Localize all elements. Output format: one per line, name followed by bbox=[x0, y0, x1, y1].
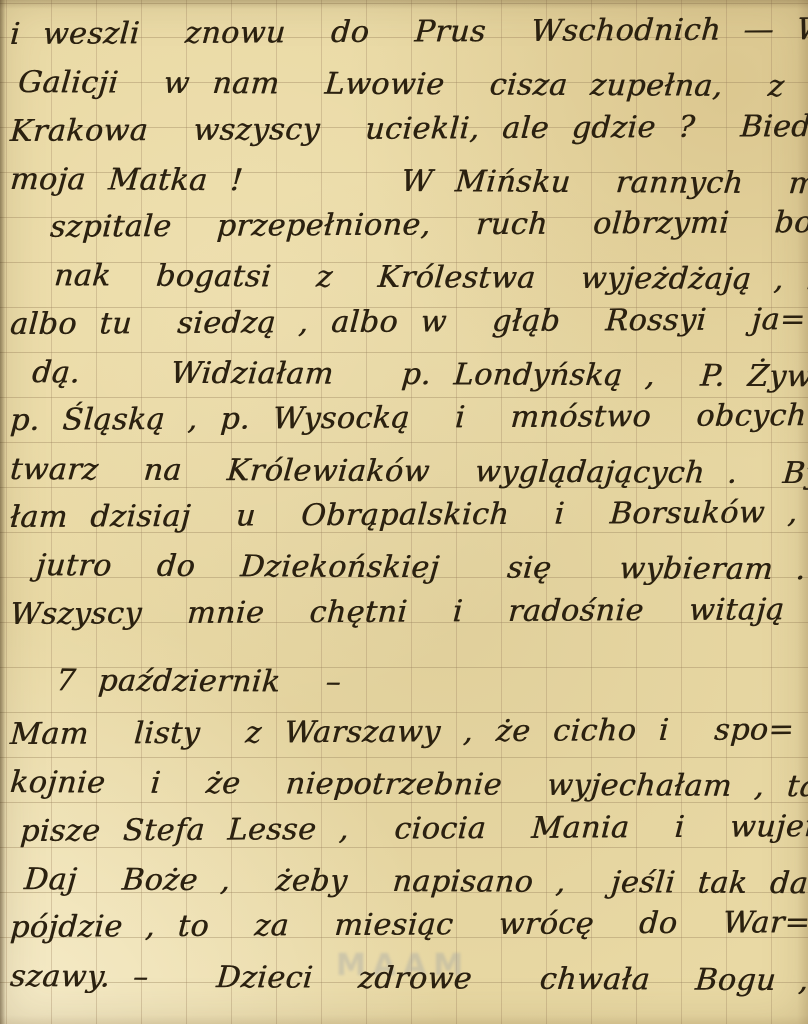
manuscript-page: MAAM i weszli znowu do Prus Wschodnich —… bbox=[0, 0, 808, 1024]
manuscript-line: p. Śląską , p. Wysocką i mnóstwo obcych bbox=[8, 394, 807, 447]
manuscript-line: Krakowa wszyscy uciekli, ale gdzie ? Bie… bbox=[8, 104, 807, 157]
manuscript-line: pisze Stefa Lesse , ciocia Mania i wujen… bbox=[8, 804, 807, 857]
manuscript-line: i weszli znowu do Prus Wschodnich — W bbox=[8, 7, 807, 60]
manuscript-line: albo tu siedzą , albo w głąb Rossyi ja= bbox=[8, 297, 807, 350]
manuscript-line: szawy. – Dzieci zdrowe chwała Bogu , Te bbox=[8, 954, 808, 1006]
manuscript-date-heading: 7 październik – bbox=[8, 658, 808, 710]
manuscript-line: Wszyscy mnie chętni i radośnie witają . bbox=[8, 587, 807, 640]
handwritten-text-block: i weszli znowu do Prus Wschodnich — W Ga… bbox=[10, 12, 806, 1002]
manuscript-line: szpitale przepełnione, ruch olbrzymi bo … bbox=[8, 200, 807, 253]
manuscript-line: łam dzisiaj u Obrąpalskich i Borsuków , bbox=[8, 490, 807, 543]
manuscript-line: pójdzie , to za miesiąc wrócę do War= bbox=[8, 900, 807, 953]
manuscript-line: Mam listy z Warszawy , że cicho i spo= bbox=[8, 707, 807, 760]
